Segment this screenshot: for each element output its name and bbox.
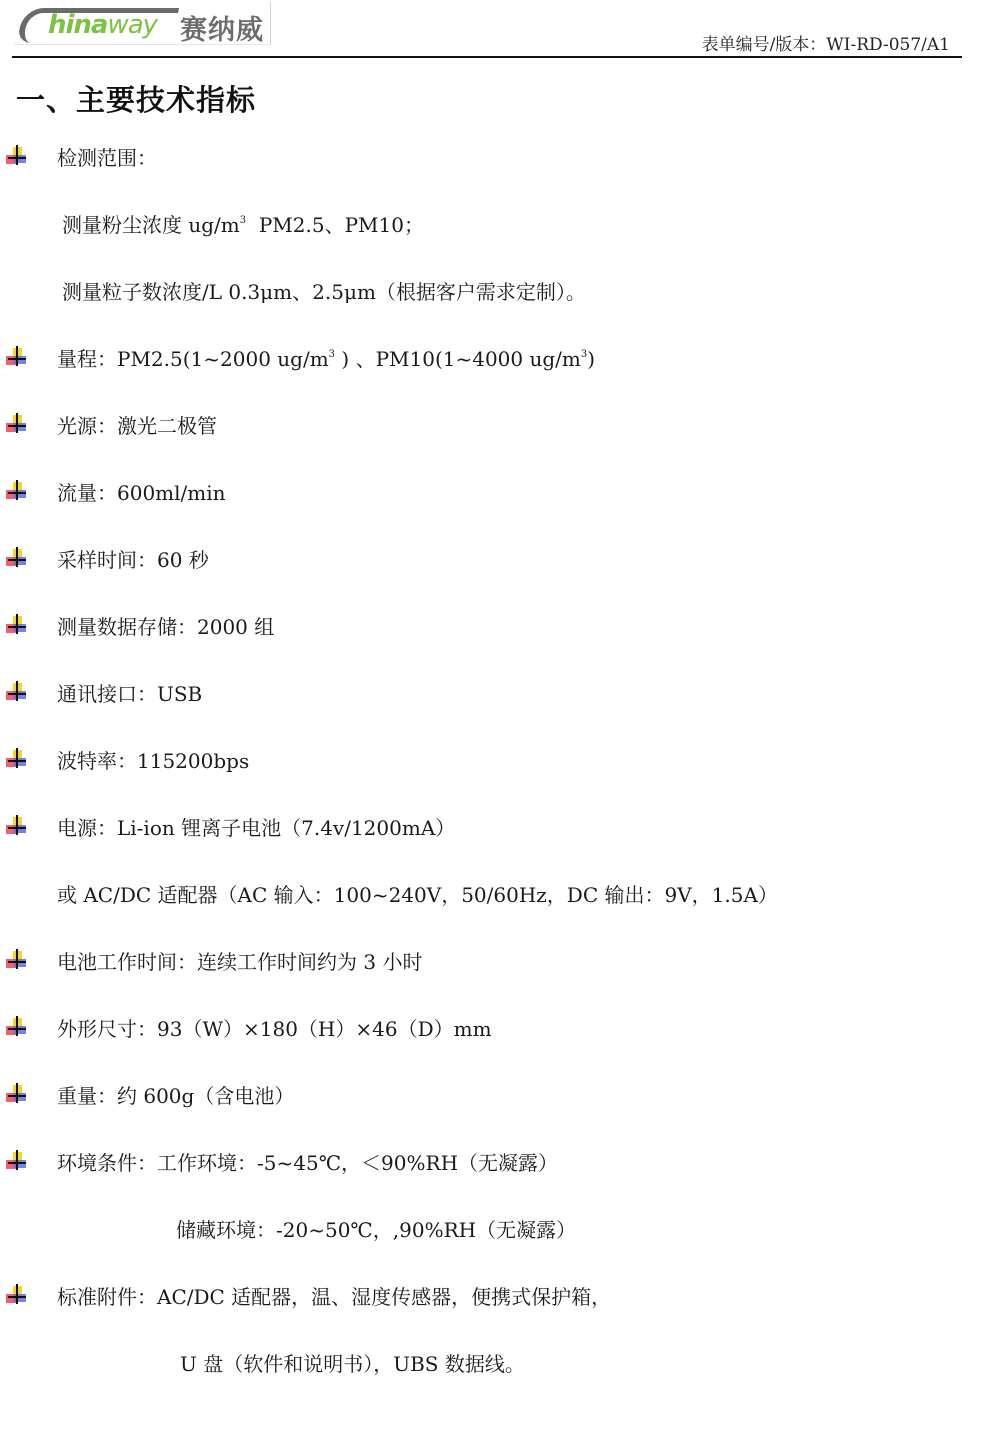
header-divider: [12, 56, 962, 58]
spec-standard-accessories-cont: U 盘（软件和说明书），UBS 数据线。: [180, 1348, 525, 1377]
spec-baud-rate: 波特率：115200bps: [57, 745, 249, 774]
bullet-icon: [6, 681, 26, 703]
bullet-icon: [6, 949, 26, 971]
spec-detection-range: 检测范围：: [57, 142, 157, 171]
spec-sampling-time: 采样时间：60 秒: [57, 544, 209, 573]
bullet-icon: [6, 1150, 26, 1172]
spec-particle-count: 测量粒子数浓度/L 0.3μm、2.5μm（根据客户需求定制）。: [62, 276, 586, 305]
spec-measuring-range: 量程：PM2.5(1~2000 ug/m3 ) 、PM10(1~4000 ug/…: [57, 343, 595, 372]
bullet-icon: [6, 413, 26, 435]
spec-data-storage: 测量数据存储：2000 组: [57, 611, 274, 640]
logo-text-light: way: [107, 10, 157, 40]
spec-light-source: 光源：激光二极管: [57, 410, 217, 439]
spec-text: 测量粉尘浓度 ug/m: [62, 213, 240, 237]
bullet-icon: [6, 748, 26, 770]
spec-dimensions: 外形尺寸：93（W）×180（H）×46（D）mm: [57, 1013, 492, 1042]
spec-operating-environment: 环境条件：工作环境：-5~45℃，＜90%RH（无凝露）: [57, 1147, 558, 1176]
bullet-icon: [6, 1284, 26, 1306]
spec-weight: 重量：约 600g（含电池）: [57, 1080, 294, 1109]
bullet-icon: [6, 480, 26, 502]
spec-interface: 通讯接口：USB: [57, 678, 202, 707]
logo-wordmark: hinaway: [48, 10, 157, 40]
spec-text: PM2.5、PM10；: [246, 213, 424, 237]
spec-text: ): [587, 347, 595, 371]
section-title: 一、主要技术指标: [16, 78, 256, 119]
bullet-icon: [6, 1083, 26, 1105]
spec-dust-concentration: 测量粉尘浓度 ug/m3 PM2.5、PM10；: [62, 209, 424, 238]
company-logo: hinaway 赛纳威: [14, 2, 271, 45]
spec-power-adapter: 或 AC/DC 适配器（AC 输入：100~240V，50/60Hz，DC 输出…: [57, 879, 778, 908]
spec-text: ) 、PM10(1~4000 ug/m: [335, 347, 581, 371]
form-number: 表单编号/版本：WI-RD-057/A1: [702, 30, 950, 55]
bullet-icon: [6, 547, 26, 569]
logo-chinese-name: 赛纳威: [180, 8, 264, 47]
spec-storage-environment: 储藏环境：-20~50℃，,90%RH（无凝露）: [176, 1214, 576, 1243]
bullet-icon: [6, 346, 26, 368]
bullet-icon: [6, 145, 26, 167]
spec-text: 量程：PM2.5(1~2000 ug/m: [57, 347, 329, 371]
bullet-icon: [6, 614, 26, 636]
spec-power-battery: 电源：Li-ion 锂离子电池（7.4v/1200mA）: [57, 812, 455, 841]
spec-flow-rate: 流量：600ml/min: [57, 477, 226, 506]
bullet-icon: [6, 1016, 26, 1038]
logo-text-bold: hina: [48, 10, 107, 40]
spec-battery-life: 电池工作时间：连续工作时间约为 3 小时: [57, 946, 422, 975]
spec-standard-accessories: 标准附件：AC/DC 适配器，温、湿度传感器，便携式保护箱，: [57, 1281, 611, 1310]
bullet-icon: [6, 815, 26, 837]
